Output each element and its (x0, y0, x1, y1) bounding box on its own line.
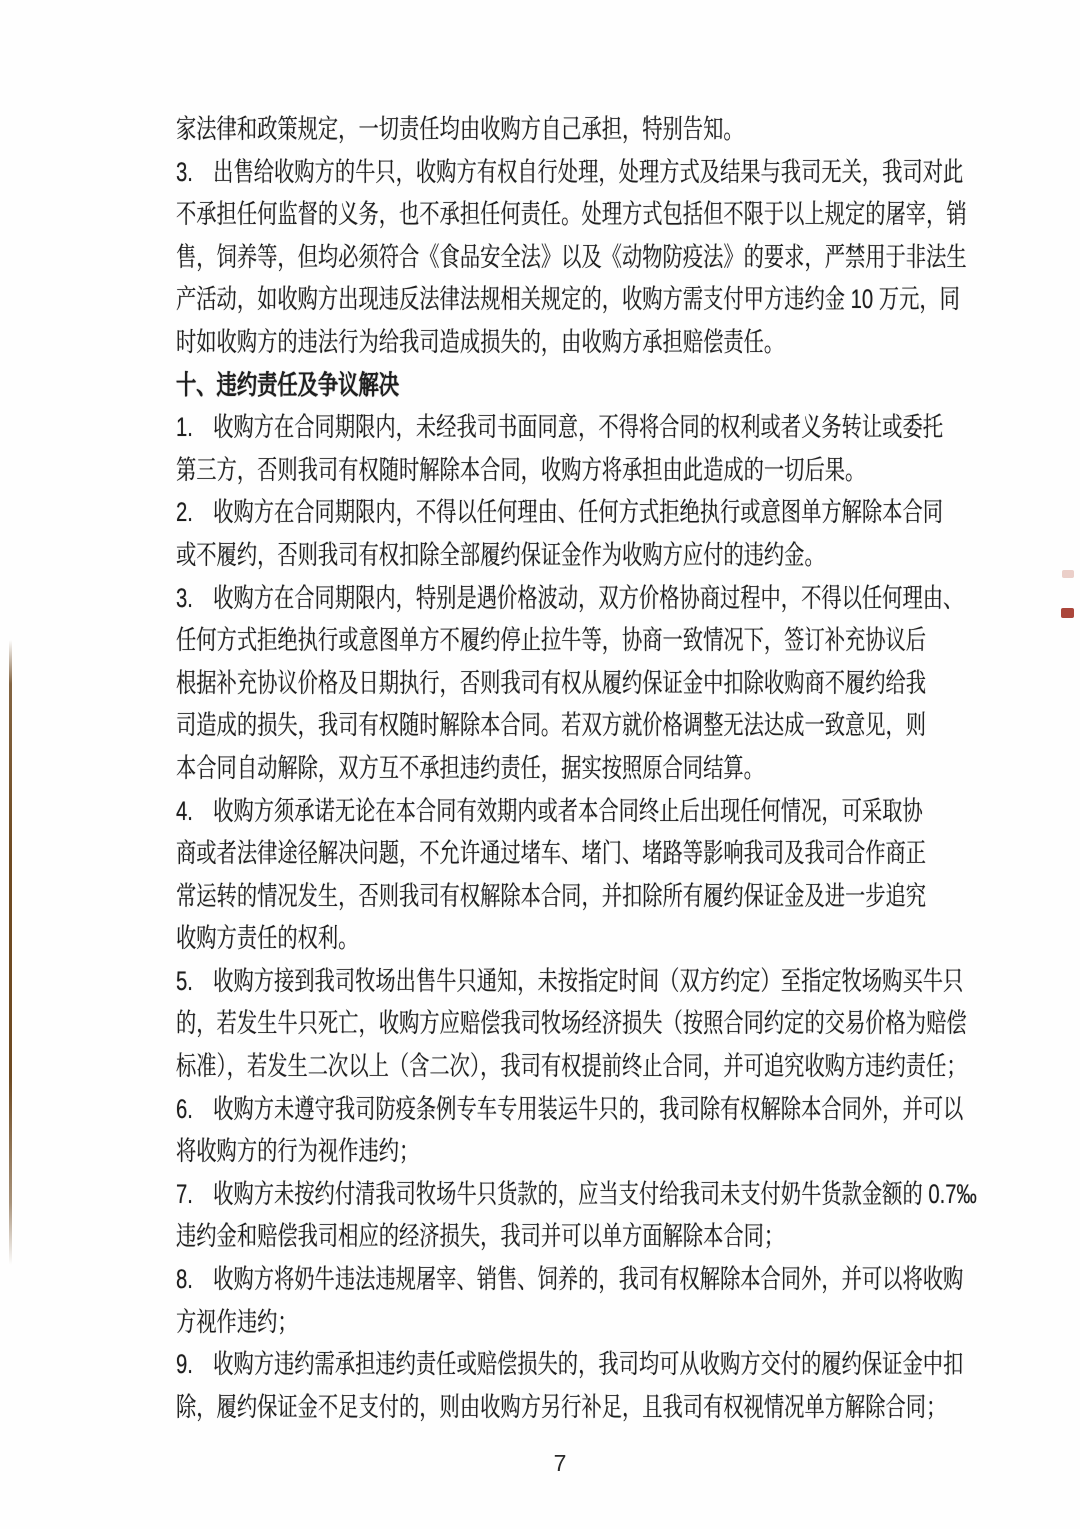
text-line: 7. 收购方未按约付清我司牧场牛只货款的，应当支付给我司未支付奶牛货款金额的 0… (176, 1173, 970, 1216)
text-line: 1. 收购方在合同期限内，未经我司书面同意，不得将合同的权利或者义务转让或委托 (176, 406, 970, 449)
text-line: 或不履约，否则我司有权扣除全部履约保证金作为收购方应付的违约金。 (176, 534, 970, 577)
scan-red-mark-artifact (1061, 608, 1074, 618)
scan-red-mark-artifact (1062, 570, 1074, 578)
text-line: 除，履约保证金不足支付的，则由收购方另行补足，且我司有权视情况单方解除合同； (176, 1386, 970, 1429)
text-line: 违约金和赔偿我司相应的经济损失，我司并可以单方面解除本合同； (176, 1215, 970, 1258)
text-line: 4. 收购方须承诺无论在本合同有效期内或者本合同终止后出现任何情况，可采取协 (176, 790, 970, 833)
text-line: 将收购方的行为视作违约； (176, 1130, 970, 1173)
text-line: 8. 收购方将奶牛违法违规屠宰、销售、饲养的，我司有权解除本合同外，并可以将收购 (176, 1258, 970, 1301)
text-line: 产活动，如收购方出现违反法律法规相关规定的，收购方需支付甲方违约金 10 万元，… (176, 278, 970, 321)
text-line: 方视作违约； (176, 1301, 970, 1344)
document-body: 家法律和政策规定，一切责任均由收购方自己承担，特别告知。3. 出售给收购方的牛只… (176, 108, 970, 1428)
text-line: 6. 收购方未遵守我司防疫条例专车专用装运牛只的，我司除有权解除本合同外，并可以 (176, 1088, 970, 1131)
text-line: 根据补充协议价格及日期执行，否则我司有权从履约保证金中扣除收购商不履约给我 (176, 662, 970, 705)
text-line: 任何方式拒绝执行或意图单方不履约停止拉牛等，协商一致情况下，签订补充协议后 (176, 619, 970, 662)
text-line: 不承担任何监督的义务，也不承担任何责任。处理方式包括但不限于以上规定的屠宰，销 (176, 193, 970, 236)
scanned-contract-page: 家法律和政策规定，一切责任均由收购方自己承担，特别告知。3. 出售给收购方的牛只… (0, 0, 1080, 1529)
text-line: 售，饲养等，但均必须符合《食品安全法》以及《动物防疫法》的要求，严禁用于非法生 (176, 236, 970, 279)
text-line: 3. 出售给收购方的牛只，收购方有权自行处理，处理方式及结果与我司无关，我司对此 (176, 151, 970, 194)
text-line: 商或者法律途径解决问题，不允许通过堵车、堵门、堵路等影响我司及我司合作商正 (176, 832, 970, 875)
text-line: 9. 收购方违约需承担违约责任或赔偿损失的，我司均可从收购方交付的履约保证金中扣 (176, 1343, 970, 1386)
text-line: 家法律和政策规定，一切责任均由收购方自己承担，特别告知。 (176, 108, 970, 151)
text-line: 标准），若发生二次以上（含二次），我司有权提前终止合同，并可追究收购方违约责任； (176, 1045, 970, 1088)
text-line: 时如收购方的违法行为给我司造成损失的，由收购方承担赔偿责任。 (176, 321, 970, 364)
section-heading: 十、违约责任及争议解决 (176, 364, 970, 407)
text-line: 的，若发生牛只死亡，收购方应赔偿我司牧场经济损失（按照合同约定的交易价格为赔偿 (176, 1002, 970, 1045)
text-line: 第三方，否则我司有权随时解除本合同，收购方将承担由此造成的一切后果。 (176, 449, 970, 492)
text-line: 本合同自动解除，双方互不承担违约责任，据实按照原合同结算。 (176, 747, 970, 790)
text-line: 常运转的情况发生，否则我司有权解除本合同，并扣除所有履约保证金及进一步追究 (176, 875, 970, 918)
scan-binding-line-artifact (9, 640, 12, 1265)
text-line: 收购方责任的权利。 (176, 917, 970, 960)
text-line: 2. 收购方在合同期限内，不得以任何理由、任何方式拒绝执行或意图单方解除本合同 (176, 491, 970, 534)
text-line: 司造成的损失，我司有权随时解除本合同。若双方就价格调整无法达成一致意见，则 (176, 704, 970, 747)
page-number: 7 (540, 1450, 580, 1477)
text-line: 3. 收购方在合同期限内，特别是遇价格波动，双方价格协商过程中，不得以任何理由、 (176, 577, 970, 620)
text-line: 5. 收购方接到我司牧场出售牛只通知，未按指定时间（双方约定）至指定牧场购买牛只 (176, 960, 970, 1003)
